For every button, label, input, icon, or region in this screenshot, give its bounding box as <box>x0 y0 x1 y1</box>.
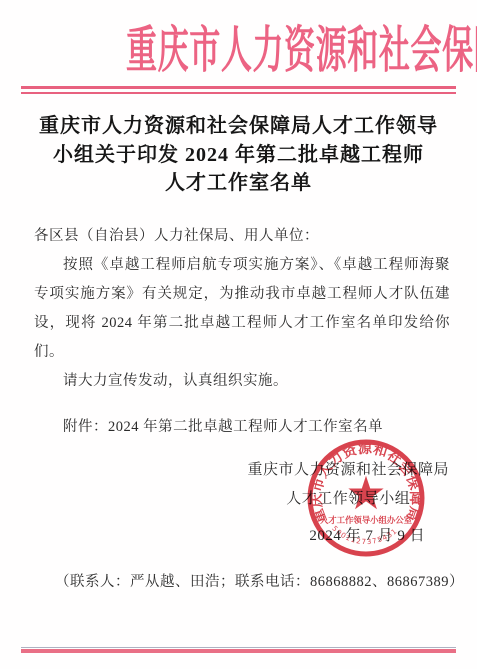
title-line-1: 重庆市人力资源和社会保障局人才工作领导 <box>0 112 477 141</box>
document-title: 重庆市人力资源和社会保障局人才工作领导 小组关于印发 2024 年第二批卓越工程… <box>0 112 477 198</box>
signature-org-line-2: 人才工作领导小组 <box>247 485 449 514</box>
signature-org-line-1: 重庆市人力资源和社会保障局 <box>247 456 449 485</box>
body-paragraph-1: 按照《卓越工程师启航专项实施方案》、《卓越工程师海聚专项实施方案》有关规定，为推… <box>34 251 450 367</box>
salutation-line: 各区县（自治县）人力社保局、用人单位： <box>34 222 450 251</box>
signature-block: 重庆市人力资源和社会保障局 人才工作领导小组 2024 年 7 月 9 日 <box>247 456 449 551</box>
document-page: 重庆市人力资源和社会保障局 重庆市人力资源和社会保障局人才工作领导 小组关于印发… <box>0 0 477 669</box>
attachment-line: 附件：2024 年第二批卓越工程师人才工作室名单 <box>34 413 450 442</box>
title-line-3: 人才工作室名单 <box>0 169 477 198</box>
header-rule-thick <box>21 86 456 89</box>
agency-name: 重庆市人力资源和社会保障局 <box>126 20 477 80</box>
header-rule-thin <box>21 92 456 94</box>
title-line-2: 小组关于印发 2024 年第二批卓越工程师 <box>0 141 477 170</box>
document-body: 各区县（自治县）人力社保局、用人单位： 按照《卓越工程师启航专项实施方案》、《卓… <box>34 222 450 442</box>
footer-rule <box>21 647 456 653</box>
footer-rule-thick <box>21 649 456 653</box>
contact-line: （联系人：严从越、田浩；联系电话：86868882、86867389） <box>0 570 477 591</box>
signature-date: 2024 年 7 月 9 日 <box>247 522 449 551</box>
letterhead-banner: 重庆市人力资源和社会保障局 <box>0 20 477 82</box>
footer-rule-thin <box>21 647 456 648</box>
body-paragraph-2: 请大力宣传发动，认真组织实施。 <box>34 367 450 396</box>
